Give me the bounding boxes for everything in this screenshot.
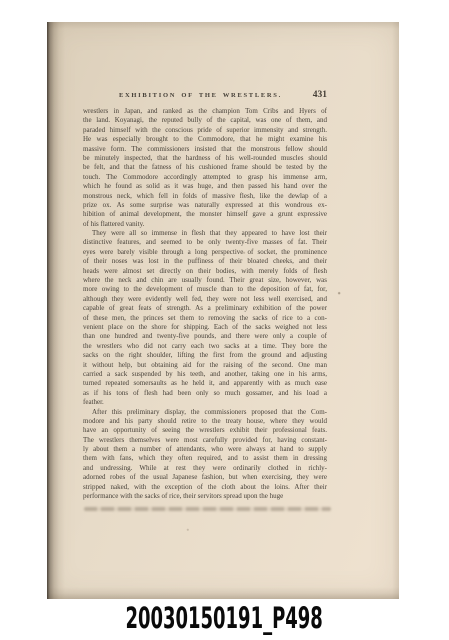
text-line: as if his tons of flesh had been only so… <box>83 389 327 398</box>
show-through-text <box>84 507 331 511</box>
running-head: EXHIBITION OF THE WRESTLERS. 431 <box>83 92 327 103</box>
archive-photo-mount: EXHIBITION OF THE WRESTLERS. 431 wrestle… <box>0 0 449 640</box>
text-line: They were all so immense in flesh that t… <box>83 229 327 238</box>
text-line: massive form. The commissioners insisted… <box>83 145 327 154</box>
text-line: be felt, and that the fatness of his cus… <box>83 163 327 172</box>
text-line: prize ox. As some surprise was naturally… <box>83 201 327 210</box>
text-line: feather. <box>83 398 327 407</box>
text-line: which he found as solid as it was huge, … <box>83 182 327 191</box>
text-line: The wrestlers themselves were most caref… <box>83 436 327 445</box>
text-line: of his flattered vanity. <box>83 220 327 229</box>
text-line: wrestlers in Japan, and ranked as the ch… <box>83 107 327 116</box>
catalog-number: 20030150191_P498 <box>126 604 323 633</box>
text-line: turned repeated somersaults as he held i… <box>83 379 327 388</box>
page-body: wrestlers in Japan, and ranked as the ch… <box>83 107 327 501</box>
text-line: where the neck and chin are usually foun… <box>83 276 327 285</box>
text-line: carried a sack suspended by his teeth, a… <box>83 370 327 379</box>
text-line: and undressing. While at rest they were … <box>83 464 327 473</box>
text-line: more owing to the development of muscle … <box>83 285 327 294</box>
text-line: have an opportunity of seeing the wrestl… <box>83 426 327 435</box>
text-line: sacks on the right shoulder, lifting the… <box>83 351 327 360</box>
book-page-photo: EXHIBITION OF THE WRESTLERS. 431 wrestle… <box>47 22 399 599</box>
text-line: it without help, but obtaining aid for t… <box>83 361 327 370</box>
text-line: monstrous neck, which fell in folds of m… <box>83 192 327 201</box>
text-line: the wrestlers who did not carry each two… <box>83 342 327 351</box>
text-line: than one hundred and twenty-five pounds,… <box>83 332 327 341</box>
text-line: After this preliminary display, the comm… <box>83 408 327 417</box>
text-line: be minutely inspected, that the hardness… <box>83 154 327 163</box>
text-line: capable of great feats of strength. As a… <box>83 304 327 313</box>
text-line: eyes were barely visible through a long … <box>83 248 327 257</box>
page-header-title: EXHIBITION OF THE WRESTLERS. <box>119 92 282 99</box>
text-line: stripped naked, with the exception of th… <box>83 483 327 492</box>
text-line: although they were evidently well fed, t… <box>83 295 327 304</box>
page-number: 431 <box>313 90 327 100</box>
text-line: hibition of animal development, the mons… <box>83 210 327 219</box>
text-line: paraded himself with the conscious pride… <box>83 126 327 135</box>
text-line: adorned robes of the usual Japanese fash… <box>83 473 327 482</box>
text-line: venient place on the shore for shipping.… <box>83 323 327 332</box>
text-line: distinctive features, and seemed to be o… <box>83 238 327 247</box>
text-line: the land. Koyanagi, the reputed bully of… <box>83 116 327 125</box>
text-line: He was especially brought to the Commodo… <box>83 135 327 144</box>
text-line: heads were almost set directly on their … <box>83 267 327 276</box>
catalog-caption: 20030150191_P498 <box>0 604 449 633</box>
text-line: of their noses was lost in the puffiness… <box>83 257 327 266</box>
text-line: of these men, the princes set them to re… <box>83 314 327 323</box>
text-line: performance with the sacks of rice, thei… <box>83 492 327 501</box>
text-line: ly about them a number of attendants, wh… <box>83 445 327 454</box>
text-line: modore and his party should retire to th… <box>83 417 327 426</box>
text-line: them with fans, which they often require… <box>83 454 327 463</box>
text-line: touch. The Commodore accordingly attempt… <box>83 173 327 182</box>
